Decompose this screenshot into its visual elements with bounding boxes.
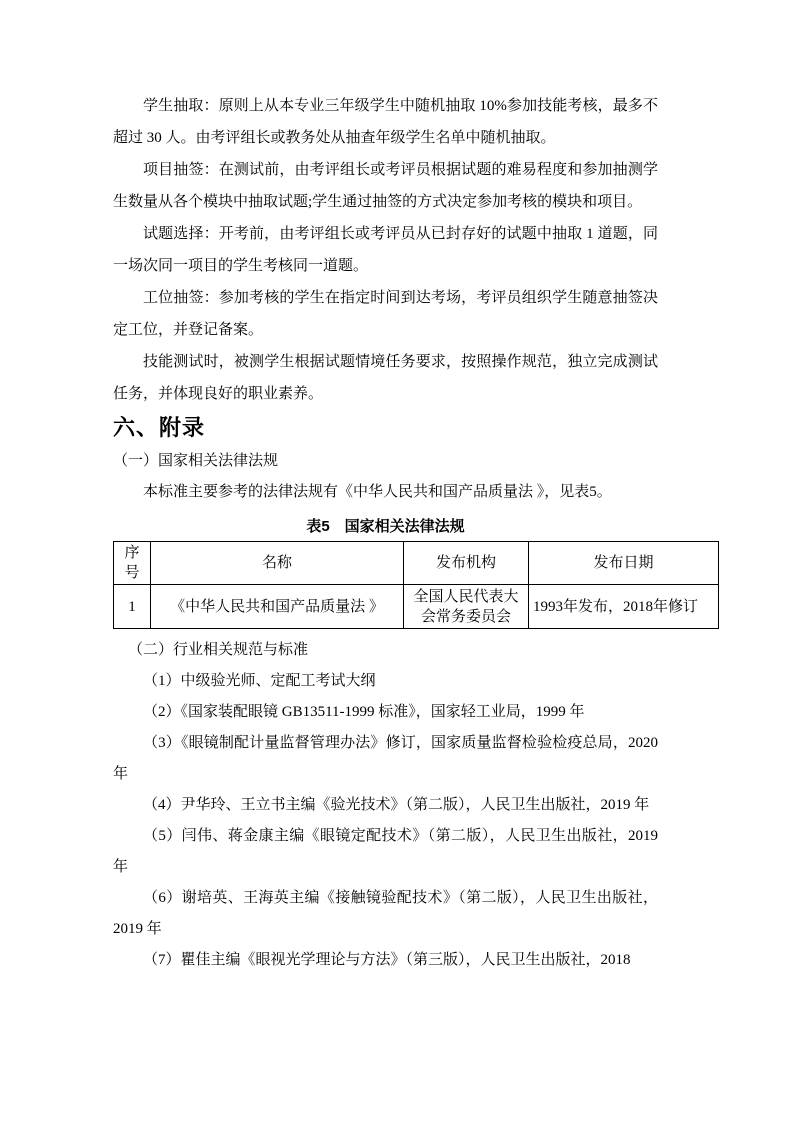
list-item-1: （1）中级验光师、定配工考试大纲: [113, 666, 658, 697]
cell-index: 1: [114, 585, 151, 629]
header-cell-publisher: 发布机构: [404, 542, 529, 585]
paragraph-student-sampling: 学生抽取：原则上从本专业三年级学生中随机抽取 10%参加技能考核，最多不超过 3…: [113, 90, 658, 154]
document-page: 学生抽取：原则上从本专业三年级学生中随机抽取 10%参加技能考核，最多不超过 3…: [0, 0, 793, 1122]
list-item-4: （4）尹华玲、王立书主编《验光技术》（第二版），人民卫生出版社，2019 年: [113, 790, 658, 821]
header-cell-name: 名称: [151, 542, 404, 585]
section-heading-appendix: 六、附录: [113, 410, 658, 446]
paragraph-question-selection: 试题选择：开考前，由考评组长或考评员从已封存好的试题中抽取 1 道题，同一场次同…: [113, 218, 658, 282]
reference-list: （1）中级验光师、定配工考试大纲 （2）《国家装配眼镜 GB13511-1999…: [113, 666, 658, 976]
cell-date: 1993年发布，2018年修订: [529, 585, 719, 629]
paragraph-project-draw: 项目抽签：在测试前，由考评组长或考评员根据试题的难易程度和参加抽测学生数量从各个…: [113, 154, 658, 218]
list-item-6: （6）谢培英、王海英主编《接触镜验配技术》（第二版），人民卫生出版社，2019 …: [113, 883, 658, 945]
page-content: 学生抽取：原则上从本专业三年级学生中随机抽取 10%参加技能考核，最多不超过 3…: [0, 0, 793, 976]
list-item-2: （2）《国家装配眼镜 GB13511-1999 标准》，国家轻工业局，1999 …: [113, 697, 658, 728]
cell-name: 《中华人民共和国产品质量法 》: [151, 585, 404, 629]
subsection-1-heading: （一）国家相关法律法规: [113, 446, 658, 477]
subsection-2-heading: （二）行业相关规范与标准: [113, 635, 658, 666]
header-cell-index: 序号: [114, 542, 151, 585]
table-header-row: 序号 名称 发布机构 发布日期: [114, 542, 719, 585]
subsection-1-intro: 本标准主要参考的法律法规有《中华人民共和国产品质量法 》，见表5。: [113, 477, 658, 508]
legal-regulations-table: 序号 名称 发布机构 发布日期 1 《中华人民共和国产品质量法 》 全国人民代表…: [113, 541, 719, 629]
table-row: 1 《中华人民共和国产品质量法 》 全国人民代表大会常务委员会 1993年发布，…: [114, 585, 719, 629]
table5-caption: 表5 国家相关法律法规: [113, 512, 658, 541]
list-item-7: （7）瞿佳主编《眼视光学理论与方法》（第三版），人民卫生出版社，2018: [113, 945, 658, 976]
paragraph-station-draw: 工位抽签：参加考核的学生在指定时间到达考场，考评员组织学生随意抽签决定工位，并登…: [113, 282, 658, 346]
header-cell-date: 发布日期: [529, 542, 719, 585]
paragraph-skill-test: 技能测试时，被测学生根据试题情境任务要求，按照操作规范，独立完成测试任务，并体现…: [113, 346, 658, 410]
list-item-5: （5）闫伟、蒋金康主编《眼镜定配技术》（第二版），人民卫生出版社，2019 年: [113, 821, 658, 883]
list-item-3: （3）《眼镜制配计量监督管理办法》修订，国家质量监督检验检疫总局，2020 年: [113, 728, 658, 790]
cell-publisher: 全国人民代表大会常务委员会: [404, 585, 529, 629]
